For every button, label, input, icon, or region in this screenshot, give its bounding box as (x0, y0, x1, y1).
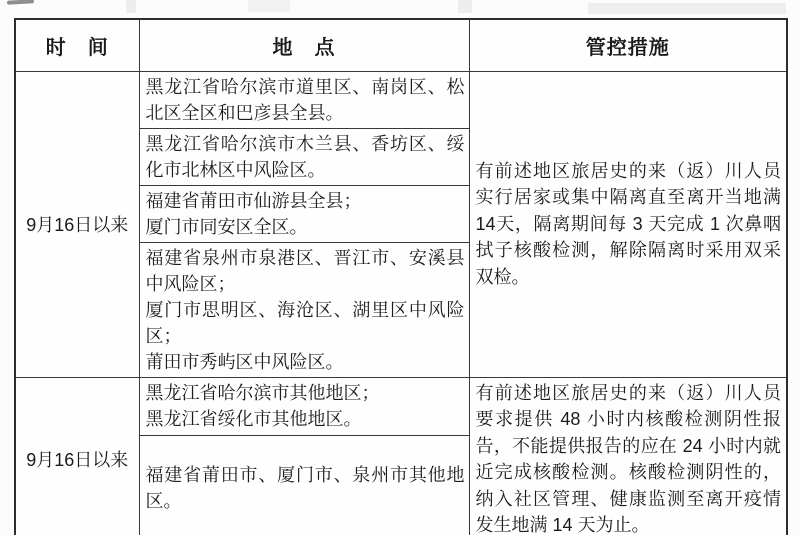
header-location: 地 点 (139, 19, 469, 71)
photo-artifact-corner-mark (7, 0, 34, 5)
location-cell-1c: 福建省莆田市仙游县全县； 厦门市同安区全区。 (139, 185, 469, 242)
photo-artifact-line-stub (126, 0, 136, 13)
location-cell-1b: 黑龙江省哈尔滨市木兰县、香坊区、绥化市北林区中风险区。 (139, 128, 469, 185)
control-measures-table: 时 间 地 点 管控措施 9月16日以来 黑龙江省哈尔滨市道里区、南岗区、松北区… (14, 18, 788, 535)
measure-cell-row1: 有前述地区旅居史的来（返）川人员实行居家或集中隔离直至离开当地满14天，隔离期间… (469, 71, 787, 377)
header-measures: 管控措施 (469, 19, 787, 71)
header-time: 时 间 (15, 19, 139, 71)
time-cell-row1: 9月16日以来 (15, 71, 139, 377)
photo-artifact-line-stub (248, 0, 290, 12)
location-cell-1d: 福建省泉州市泉港区、晋江市、安溪县中风险区； 厦门市思明区、海沧区、湖里区中风险… (139, 242, 469, 377)
table-row: 9月16日以来 黑龙江省哈尔滨市其他地区； 黑龙江省绥化市其他地区。 有前述地区… (15, 377, 787, 435)
table-header-row: 时 间 地 点 管控措施 (15, 19, 787, 71)
location-cell-1a: 黑龙江省哈尔滨市道里区、南岗区、松北区全区和巴彦县全县。 (139, 71, 469, 128)
photo-artifact-line-stub (458, 0, 472, 13)
document-photo: 时 间 地 点 管控措施 9月16日以来 黑龙江省哈尔滨市道里区、南岗区、松北区… (0, 0, 800, 535)
photo-artifact-band (588, 3, 786, 14)
location-cell-2a: 黑龙江省哈尔滨市其他地区； 黑龙江省绥化市其他地区。 (139, 377, 469, 435)
table-row: 9月16日以来 黑龙江省哈尔滨市道里区、南岗区、松北区全区和巴彦县全县。 有前述… (15, 71, 787, 128)
location-cell-2b: 福建省莆田市、厦门市、泉州市其他地区。 (139, 435, 469, 535)
time-cell-row2: 9月16日以来 (15, 377, 139, 535)
measure-cell-row2: 有前述地区旅居史的来（返）川人员要求提供 48 小时内核酸检测阴性报告，不能提供… (469, 377, 787, 535)
